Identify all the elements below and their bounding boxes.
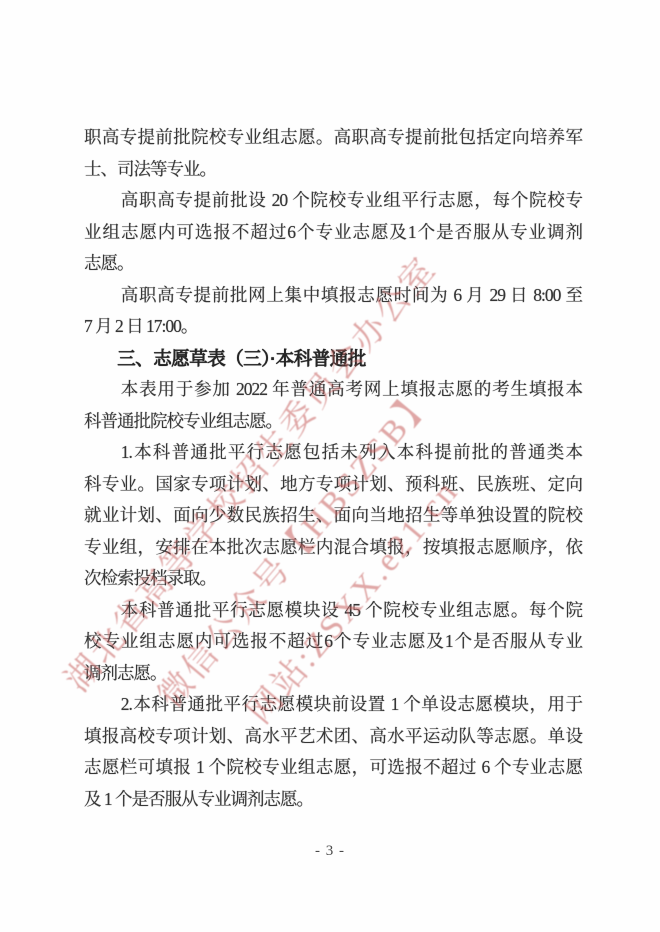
text-line: 7 月 2 日 17:00。 bbox=[84, 311, 582, 343]
text-line: 及 1 个是否服从专业调剂志愿。 bbox=[84, 784, 582, 816]
text-line: 高职高专提前批网上集中填报志愿时间为 6 月 29 日 8:00 至 bbox=[84, 280, 582, 312]
text-line: 志愿。 bbox=[84, 248, 582, 280]
text-line: 专业组，安排在本批次志愿栏内混合填报，按填报志愿顺序，依 bbox=[84, 532, 582, 564]
text-line: 志愿栏可填报 1 个院校专业组志愿，可选报不超过 6 个专业志愿 bbox=[84, 752, 582, 784]
text-line: 本科普通批平行志愿模块设 45 个院校专业组志愿。每个院 bbox=[84, 595, 582, 627]
text-line: 校专业组志愿内可选报不超过6个专业志愿及1个是否服从专业 bbox=[84, 626, 582, 658]
text-line: 科普通批院校专业组志愿。 bbox=[84, 406, 582, 438]
text-line: 次检索投档录取。 bbox=[84, 563, 582, 595]
text-line: 填报高校专项计划、高水平艺术团、高水平运动队等志愿。单设 bbox=[84, 721, 582, 753]
text-line: 科专业。国家专项计划、地方专项计划、预科班、民族班、定向 bbox=[84, 469, 582, 501]
document-body: 职高专提前批院校专业组志愿。高职高专提前批包括定向培养军 士、司法等专业。 高职… bbox=[84, 122, 582, 815]
text-line: 本表用于参加 2022 年普通高考网上填报志愿的考生填报本 bbox=[84, 374, 582, 406]
text-line: 高职高专提前批设 20 个院校专业组平行志愿，每个院校专 bbox=[84, 185, 582, 217]
text-line: 调剂志愿。 bbox=[84, 658, 582, 690]
document-page: 湖北省高等学校招生委员会办公室 微信公众号【HBSZSB】 网站:ZSXX.e2… bbox=[0, 0, 660, 932]
section-heading: 三、志愿草表（三）·本科普通批 bbox=[84, 343, 582, 375]
text-line: 2.本科普通批平行志愿模块前设置 1 个单设志愿模块，用于 bbox=[84, 689, 582, 721]
text-line: 1.本科普通批平行志愿包括未列入本科提前批的普通类本 bbox=[84, 437, 582, 469]
text-line: 就业计划、面向少数民族招生、面向当地招生等单独设置的院校 bbox=[84, 500, 582, 532]
text-line: 职高专提前批院校专业组志愿。高职高专提前批包括定向培养军 bbox=[84, 122, 582, 154]
page-number: - 3 - bbox=[0, 843, 660, 860]
text-line: 业组志愿内可选报不超过6个专业志愿及1个是否服从专业调剂 bbox=[84, 217, 582, 249]
text-line: 士、司法等专业。 bbox=[84, 154, 582, 186]
